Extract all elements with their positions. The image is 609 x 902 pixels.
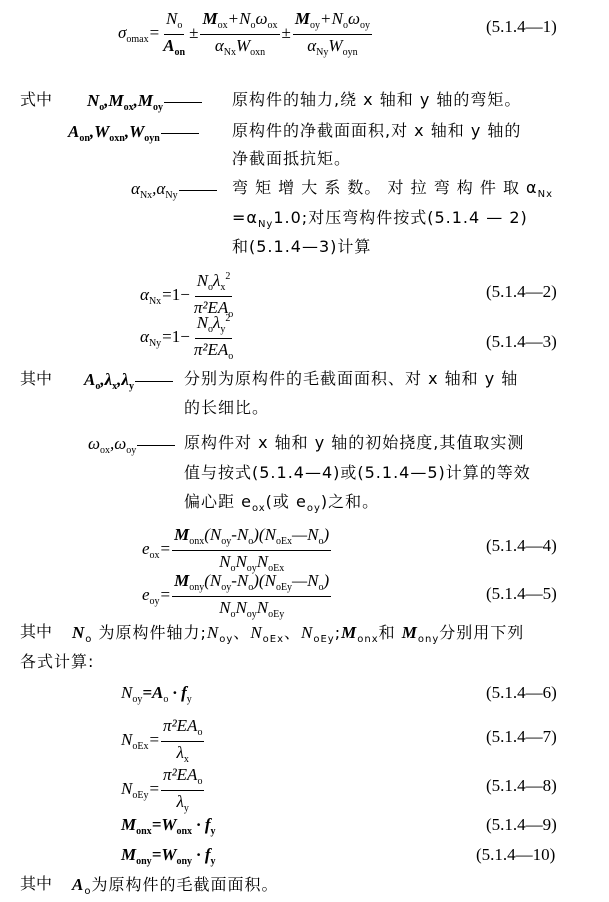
where-label-3: 其中 (20, 624, 52, 640)
definition-text-3-line3: 和(5.1.4—3)计算 (232, 239, 371, 255)
where-label-2: 其中 (20, 371, 52, 387)
equation-5-1-4-10: Mony=Wony · fy (121, 846, 215, 867)
equation-5-1-4-7: NoEx=π²EAoλx (121, 717, 205, 765)
definition-text-5-line1: 原构件对 x 轴和 y 轴的初始挠度,其值取实测 (184, 435, 524, 451)
definition-text-2-line2: 净截面抵抗矩。 (232, 151, 351, 167)
equation-number-5: (5.1.4—5) (486, 585, 557, 602)
definition-text-5-line2: 值与按式(5.1.4—4)或(5.1.4—5)计算的等效 (184, 465, 531, 481)
equation-number-9: (5.1.4—9) (486, 816, 557, 833)
definition-text-5-line3: 偏心距 eox(或 eoy)之和。 (184, 494, 379, 514)
equation-number-8: (5.1.4—8) (486, 777, 557, 794)
symbols-aon-woxn-woyn: Aon,Woxn,Woyn (68, 123, 200, 144)
equation-number-6: (5.1.4—6) (486, 684, 557, 701)
equation-5-1-4-2: αNx=1−Noλx2π²EAo (140, 272, 236, 320)
definition-text-3-line2: =αNy1.0;对压弯构件按式(5.1.4 — 2) (232, 210, 528, 230)
equation-5-1-4-4: eox=Monx(Noy-No)(NoEx—No)NoNoyNoEx (142, 526, 332, 574)
definition-text-1: 原构件的轴力,绕 x 轴和 y 轴的弯矩。 (232, 92, 521, 108)
equation-5-1-4-6: Noy=Ao · fy (121, 684, 192, 705)
equation-number-10: (5.1.4—10) (476, 846, 555, 863)
equation-number-7: (5.1.4—7) (486, 728, 557, 745)
definition-text-4-line1: 分别为原构件的毛截面面积、对 x 轴和 y 轴 (184, 371, 518, 387)
symbols-anx-any: αNx,αNy (131, 180, 218, 201)
definition-text-4-line2: 的长细比。 (184, 400, 269, 416)
equation-number-2: (5.1.4—2) (486, 283, 557, 300)
equation-number-3: (5.1.4—3) (486, 333, 557, 350)
equation-5-1-4-1: σomax=NoAon±Mox+NoωoxαNxWoxn±Moy+NoωoyαN… (118, 10, 373, 58)
where-label: 式中 (20, 92, 52, 108)
equation-number-4: (5.1.4—4) (486, 537, 557, 554)
definition-text-3-line1: 弯 矩 增 大 系 数。 对 拉 弯 构 件 取 αNx (232, 180, 553, 200)
equation-5-1-4-8: NoEy=π²EAoλy (121, 766, 205, 814)
paragraph-line-1: No 为原构件轴力;Noy、NoEx、NoEy;Monx和 Mony分别用下列 (72, 624, 524, 645)
equation-number-1: (5.1.4—1) (486, 18, 557, 35)
equation-5-1-4-5: eoy=Mony(Noy-No)(NoEy—No)NoNoyNoEy (142, 572, 332, 620)
symbols-ao-lx-ly: Ao,λx,λy (84, 371, 174, 392)
equation-5-1-4-9: Monx=Wonx · fy (121, 816, 215, 837)
symbols-n-mox-moy: No,Mox,Moy (87, 92, 203, 113)
where-label-4: 其中 (20, 876, 52, 892)
paragraph-line-2: 各式计算: (20, 654, 94, 670)
equation-5-1-4-3: αNy=1−Noλy2π²EAo (140, 314, 236, 362)
symbols-wox-woy: ωox,ωoy (88, 435, 176, 456)
last-definition: Ao为原构件的毛截面面积。 (72, 876, 278, 897)
definition-text-2-line1: 原构件的净截面面积,对 x 轴和 y 轴的 (232, 123, 521, 139)
